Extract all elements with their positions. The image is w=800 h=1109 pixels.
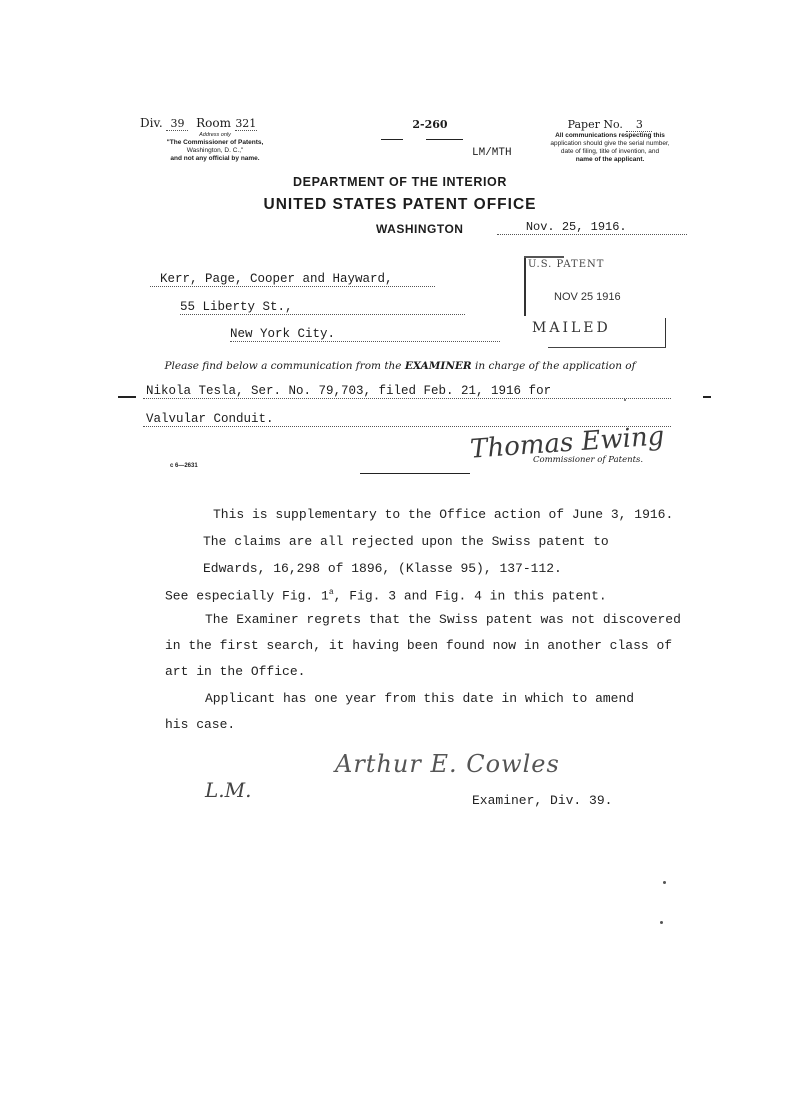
paper-number-block: Paper No. 3 All communications respectin…: [535, 118, 685, 164]
body-line: in the first search, it having been foun…: [165, 638, 672, 653]
stamp-mailed: MAILED: [532, 320, 611, 336]
address-only-note: Address only: [140, 131, 290, 139]
letter-date: Nov. 25, 1916.: [497, 220, 687, 235]
room-value: 321: [235, 117, 257, 131]
scan-speck: [660, 921, 663, 924]
mailed-stamp: U.S. PATENT NOV 25 1916 MAILED: [518, 250, 678, 348]
address-line: "The Commissioner of Patents,: [140, 139, 290, 147]
examiner-title: Examiner, Div. 39.: [472, 793, 612, 808]
body-text: , Fig. 3 and Fig. 4 in this patent.: [334, 588, 607, 603]
communication-note-line: application should give the serial numbe…: [535, 140, 685, 148]
application-details: Nikola Tesla, Ser. No. 79,703, filed Feb…: [143, 384, 671, 399]
signature-rule: [360, 473, 470, 474]
class-code: 2-260: [395, 118, 465, 131]
body-text: See especially Fig. 1: [165, 588, 329, 603]
div-value: 39: [166, 117, 188, 131]
addressee-name: Kerr, Page, Cooper and Hayward,: [150, 272, 435, 287]
room-label: Room: [196, 116, 231, 130]
scan-speck: [624, 399, 626, 401]
paper-value: 3: [626, 118, 652, 132]
div-label: Div.: [140, 116, 163, 130]
div-room-line: Div. 39 Room 321: [140, 116, 290, 131]
address-line: and not any official by name.: [140, 155, 290, 163]
commissioner-title: Commissioner of Patents.: [533, 455, 643, 465]
body-line: Edwards, 16,298 of 1896, (Klasse 95), 13…: [203, 561, 562, 576]
scan-speck: [663, 881, 666, 884]
body-line: The Examiner regrets that the Swiss pate…: [205, 612, 681, 627]
office-title: UNITED STATES PATENT OFFICE: [0, 196, 800, 214]
stamp-date: NOV 25 1916: [554, 291, 621, 303]
handwritten-initials: L.M.: [205, 778, 251, 802]
body-line: his case.: [165, 717, 235, 732]
department-title: DEPARTMENT OF THE INTERIOR: [0, 175, 800, 189]
body-line: The claims are all rejected upon the Swi…: [203, 534, 609, 549]
body-line: Applicant has one year from this date in…: [205, 691, 634, 706]
communication-note-line: name of the applicant.: [535, 156, 685, 164]
letter-date-text: Nov. 25, 1916.: [526, 220, 627, 234]
margin-mark: [703, 396, 711, 398]
margin-mark: [118, 396, 136, 398]
communication-note-line: date of filing, title of invention, and: [535, 148, 685, 156]
addressee-city: New York City.: [230, 327, 500, 342]
examiner-preamble: Please find below a communication from t…: [0, 360, 800, 372]
preamble-text: Please find below a communication from t…: [164, 360, 404, 372]
preamble-text: in charge of the application of: [472, 360, 636, 372]
addressee-street: 55 Liberty St.,: [180, 300, 465, 315]
preamble-examiner: EXAMINER: [405, 360, 472, 372]
paper-label: Paper No.: [568, 118, 623, 131]
body-line: This is supplementary to the Office acti…: [213, 507, 673, 522]
stamp-line-1: U.S. PATENT: [528, 259, 604, 270]
paper-number: Paper No. 3: [535, 118, 685, 132]
address-line: Washington, D. C.,": [140, 147, 290, 155]
invention-title: Valvular Conduit.: [143, 412, 671, 427]
form-number: c 6—2631: [170, 463, 198, 469]
communication-note-line: All communications respecting this: [535, 132, 685, 140]
class-code-lines: [381, 139, 481, 140]
body-line: See especially Fig. 1a, Fig. 3 and Fig. …: [165, 588, 607, 603]
typist-initials: LM/MTH: [472, 147, 512, 159]
address-block: Div. 39 Room 321 Address only "The Commi…: [140, 116, 290, 163]
examiner-signature: Arthur E. Cowles: [335, 750, 560, 778]
body-line: art in the Office.: [165, 664, 305, 679]
city-label: WASHINGTON: [376, 222, 463, 236]
